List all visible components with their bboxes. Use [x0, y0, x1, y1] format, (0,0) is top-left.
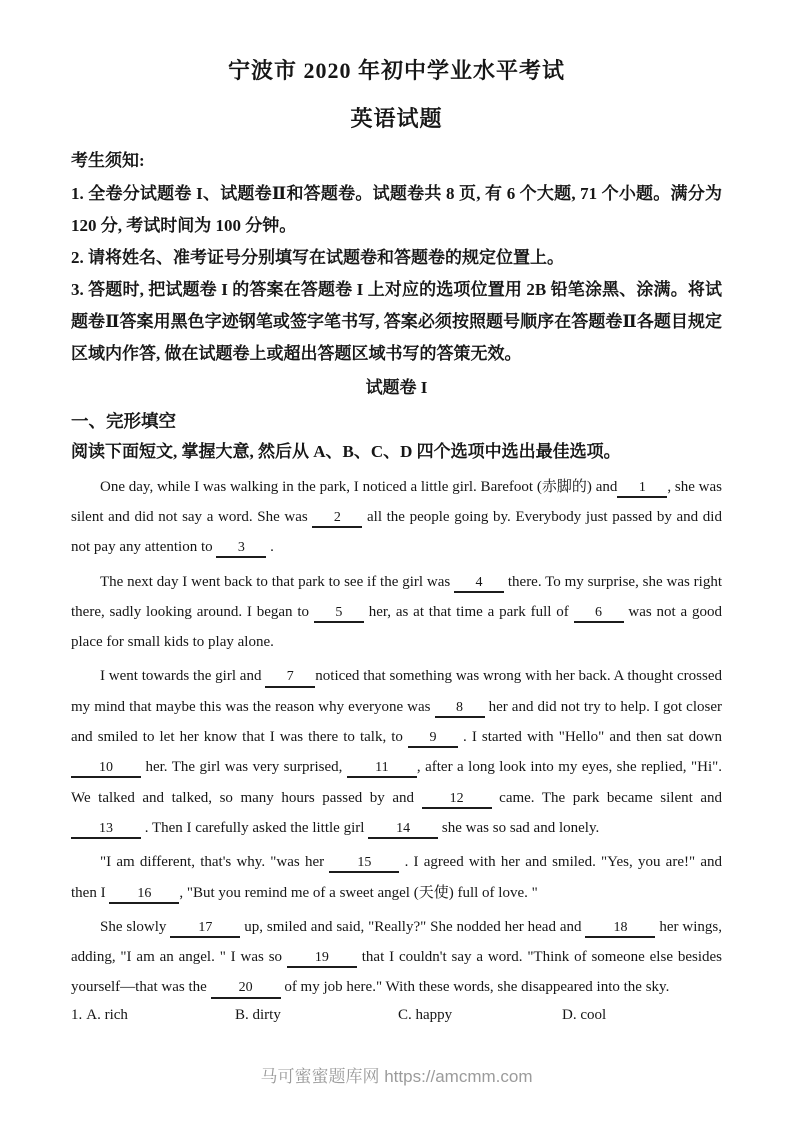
page-subtitle: 英语试题: [71, 102, 722, 133]
question-1-number: 1.: [71, 1007, 82, 1023]
cloze-blank-4: 4: [454, 575, 504, 593]
cloze-blank-9: 9: [408, 730, 458, 748]
cloze-blank-12: 12: [422, 791, 492, 809]
cloze-blank-6: 6: [574, 605, 624, 623]
cloze-blank-17: 17: [170, 920, 240, 938]
cloze-blank-10: 10: [71, 760, 141, 778]
notice-heading: 考生须知:: [71, 145, 722, 176]
passage-paragraph-3: I went towards the girl and 7noticed tha…: [71, 661, 722, 843]
exam-paper-page: { "document": { "title": "宁波市 2020 年初中学业…: [0, 0, 793, 1122]
cloze-blank-1: 1: [617, 480, 667, 498]
cloze-blank-7: 7: [265, 669, 315, 687]
notice-item-1: 1. 全卷分试题卷 I、试题卷Ⅱ和答题卷。试题卷共 8 页, 有 6 个大题, …: [71, 178, 722, 242]
cloze-passage: One day, while I was walking in the park…: [71, 472, 722, 1003]
watermark-footer: 马可蜜蜜题库网 https://amcmm.com: [0, 1062, 793, 1087]
paper-section-heading: 试题卷 I: [71, 372, 722, 403]
question-1-option-a: 1.A. rich: [71, 1007, 235, 1024]
passage-paragraph-2: The next day I went back to that park to…: [71, 567, 722, 658]
cloze-blank-3: 3: [216, 540, 266, 558]
cloze-blank-19: 19: [287, 950, 357, 968]
passage-paragraph-1: One day, while I was walking in the park…: [71, 472, 722, 563]
option-a-label: A. rich: [86, 1007, 128, 1023]
candidate-notice-section: 考生须知: 1. 全卷分试题卷 I、试题卷Ⅱ和答题卷。试题卷共 8 页, 有 6…: [71, 145, 722, 370]
cloze-blank-18: 18: [585, 920, 655, 938]
option-b-label: B. dirty: [235, 1007, 281, 1023]
cloze-blank-16: 16: [109, 886, 179, 904]
cloze-blank-5: 5: [314, 605, 364, 623]
notice-item-3: 3. 答题时, 把试题卷 I 的答案在答题卷 I 上对应的选项位置用 2B 铅笔…: [71, 274, 722, 370]
option-d-label: D. cool: [562, 1007, 606, 1023]
option-c-label: C. happy: [398, 1007, 452, 1023]
cloze-blank-13: 13: [71, 821, 141, 839]
part-one-heading: 一、完形填空: [71, 406, 722, 438]
question-1-option-b: B. dirty: [235, 1007, 398, 1024]
part-one-instruction: 阅读下面短文, 掌握大意, 然后从 A、B、C、D 四个选项中选出最佳选项。: [71, 437, 722, 468]
cloze-blank-8: 8: [435, 700, 485, 718]
question-1-options-row: 1.A. rich B. dirty C. happy D. cool: [71, 1007, 722, 1024]
cloze-blank-2: 2: [312, 510, 362, 528]
cloze-blank-11: 11: [347, 760, 417, 778]
passage-paragraph-5: She slowly 17 up, smiled and said, "Real…: [71, 912, 722, 1003]
page-title: 宁波市 2020 年初中学业水平考试: [71, 54, 722, 85]
cloze-blank-20: 20: [211, 980, 281, 998]
exam-paper: 宁波市 2020 年初中学业水平考试 英语试题 考生须知: 1. 全卷分试题卷 …: [0, 0, 793, 1024]
question-1-option-c: C. happy: [398, 1007, 562, 1024]
question-1-option-d: D. cool: [562, 1007, 722, 1024]
cloze-blank-14: 14: [368, 821, 438, 839]
notice-item-2: 2. 请将姓名、准考证号分别填写在试题卷和答题卷的规定位置上。: [71, 242, 722, 274]
passage-paragraph-4: "I am different, that's why. "was her 15…: [71, 847, 722, 908]
cloze-blank-15: 15: [329, 855, 399, 873]
